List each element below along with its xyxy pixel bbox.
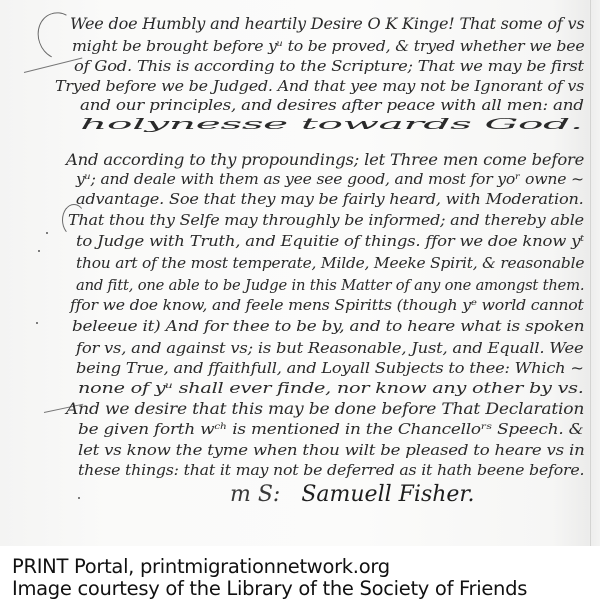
manuscript-line: And according to thy propoundings; let T… xyxy=(66,150,584,169)
manuscript-line: beleeue it) And for thee to be by, and t… xyxy=(72,317,584,335)
manuscript-line: Tryed before we be Judged. And that yee … xyxy=(55,77,584,95)
manuscript-image: Wee doe Humbly and heartily Desire O K K… xyxy=(0,0,600,546)
manuscript-line: advantage. Soe that they may be fairly h… xyxy=(76,190,584,208)
manuscript-line: of God. This is according to the Scriptu… xyxy=(74,57,584,75)
margin-dot xyxy=(36,322,38,324)
manuscript-line: to Judge with Truth, and Equitie of thin… xyxy=(76,232,584,250)
caption-credit: Image courtesy of the Library of the Soc… xyxy=(12,578,527,600)
manuscript-line: ffor we doe know, and feele mens Spiritt… xyxy=(70,296,584,314)
manuscript-line: Wee doe Humbly and heartily Desire O K K… xyxy=(70,14,584,33)
image-caption: PRINT Portal, printmigrationnetwork.org … xyxy=(12,556,527,600)
manuscript-line: and fitt, one able to be Judge in this M… xyxy=(76,276,584,294)
manuscript-line: none of yᵘ shall ever finde, nor know an… xyxy=(78,379,584,397)
manuscript-line: That thou thy Selfe may throughly be inf… xyxy=(68,211,584,229)
caption-source: PRINT Portal, printmigrationnetwork.org xyxy=(12,556,527,578)
signature-mark: m S: xyxy=(230,482,280,507)
manuscript-line: and our principles, and desires after pe… xyxy=(80,96,584,114)
manuscript-line: be given forth wᶜʰ is mentioned in the C… xyxy=(78,420,583,438)
manuscript-line: might be brought before yᵘ to be proved,… xyxy=(72,37,584,55)
manuscript-line: holynesse towards God. xyxy=(80,115,583,133)
manuscript-line: yᵘ; and deale with them as yee see good,… xyxy=(76,170,584,188)
manuscript-line: thou art of the most temperate, Milde, M… xyxy=(76,254,584,272)
manuscript-line: these things: that it may not be deferre… xyxy=(78,461,584,479)
margin-dot xyxy=(78,497,80,499)
margin-dot xyxy=(38,250,40,252)
manuscript-line: for vs, and against vs; is but Reasonabl… xyxy=(76,339,583,357)
signature: m S: Samuell Fisher. xyxy=(230,482,475,507)
manuscript-line: let vs know the tyme when thou wilt be p… xyxy=(78,441,585,459)
signature-name: Samuell Fisher. xyxy=(301,482,474,507)
manuscript-line: And we desire that this may be done befo… xyxy=(66,399,584,418)
margin-dot xyxy=(46,232,48,234)
manuscript-line: being True, and ffaithfull, and Loyall S… xyxy=(76,359,584,377)
